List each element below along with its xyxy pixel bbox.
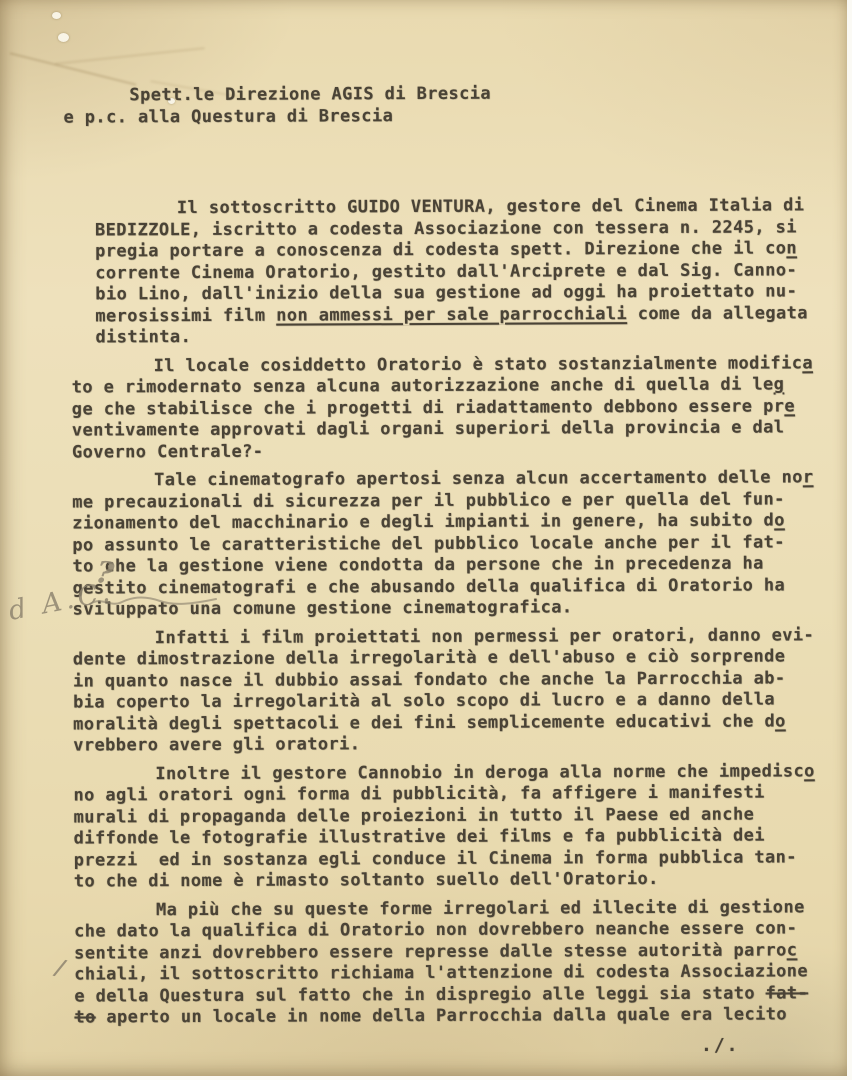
text-line: to e rimodernato senza alcuna autorizzaz… [72,374,832,399]
text-line: diffonde le fotografie illustrative dei … [74,825,834,850]
scan-background: Spett.le Direzione AGIS di Brescia e p.c… [0,0,852,1080]
text-line: to che di nome è rimasto soltanto suello… [74,868,834,893]
text-line: merosissimi film non ammessi per sale pa… [95,303,831,328]
paragraph: Ma più che su queste forme irregolari ed… [74,897,835,1029]
recipient-line-2: e p.c. alla Questura di Brescia [63,105,491,128]
text-line: bio Lino, dall'inizio della sua gestione… [95,281,831,306]
typed-text: Spett.le Direzione AGIS di Brescia e p.c… [0,0,847,2]
recipient-line-1: Spett.le Direzione AGIS di Brescia [63,84,491,107]
continuation-mark: ./. [701,1035,740,1056]
text-line: Governo Centrale?- [72,439,832,464]
paragraph: Inoltre il gestore Cannobio in deroga al… [73,761,834,893]
text-line: prezzi ed in sostanza egli conduce il Ci… [74,847,834,872]
text-line: che dato la qualifica di Oratorio non do… [74,918,834,943]
text-line: no agli oratori ogni forma di pubblicità… [73,782,833,807]
text-line: Il sottoscritto GUIDO VENTURA, gestore d… [95,195,831,220]
text-line: dente dimostrazione della irregolarità e… [73,646,833,671]
paragraph: Il locale cosiddetto Oratorio è stato so… [72,353,832,464]
text-line: bia coperto la irregolarità al solo scop… [73,689,833,714]
text-line: to che la gestione viene condotta da per… [72,553,832,578]
text-line: distinta. [95,324,831,349]
letter-body: Il sottoscritto GUIDO VENTURA, gestore d… [71,195,835,1036]
letter-page: Spett.le Direzione AGIS di Brescia e p.c… [0,0,847,1076]
letter-recipient-block: Spett.le Direzione AGIS di Brescia e p.c… [63,84,491,129]
text-line: moralità degli spettacoli e dei fini sem… [73,711,833,736]
text-line: vrebbero avere gli oratori. [73,732,833,757]
paper-nick [52,12,61,19]
text-line: to aperto un locale in nome della Parroc… [74,1004,834,1029]
paper-nick [58,33,69,42]
text-line: Tale cinematografo apertosi senza alcun … [72,467,832,492]
text-line: chiali, il sottoscritto richiama l'atten… [74,961,834,986]
text-line: zionamento del macchinario e degli impia… [72,510,832,535]
pencil-underline [88,588,218,612]
paper-crease [55,47,204,65]
paragraph: Il sottoscritto GUIDO VENTURA, gestore d… [95,195,832,349]
text-line: ventivamente approvati dagli organi supe… [72,417,832,442]
pencil-slash-mark: / [53,954,66,981]
paragraph: Infatti i film proiettati non permessi p… [73,625,834,757]
text-line: pregia portare a conoscenza di codesta s… [95,238,831,263]
